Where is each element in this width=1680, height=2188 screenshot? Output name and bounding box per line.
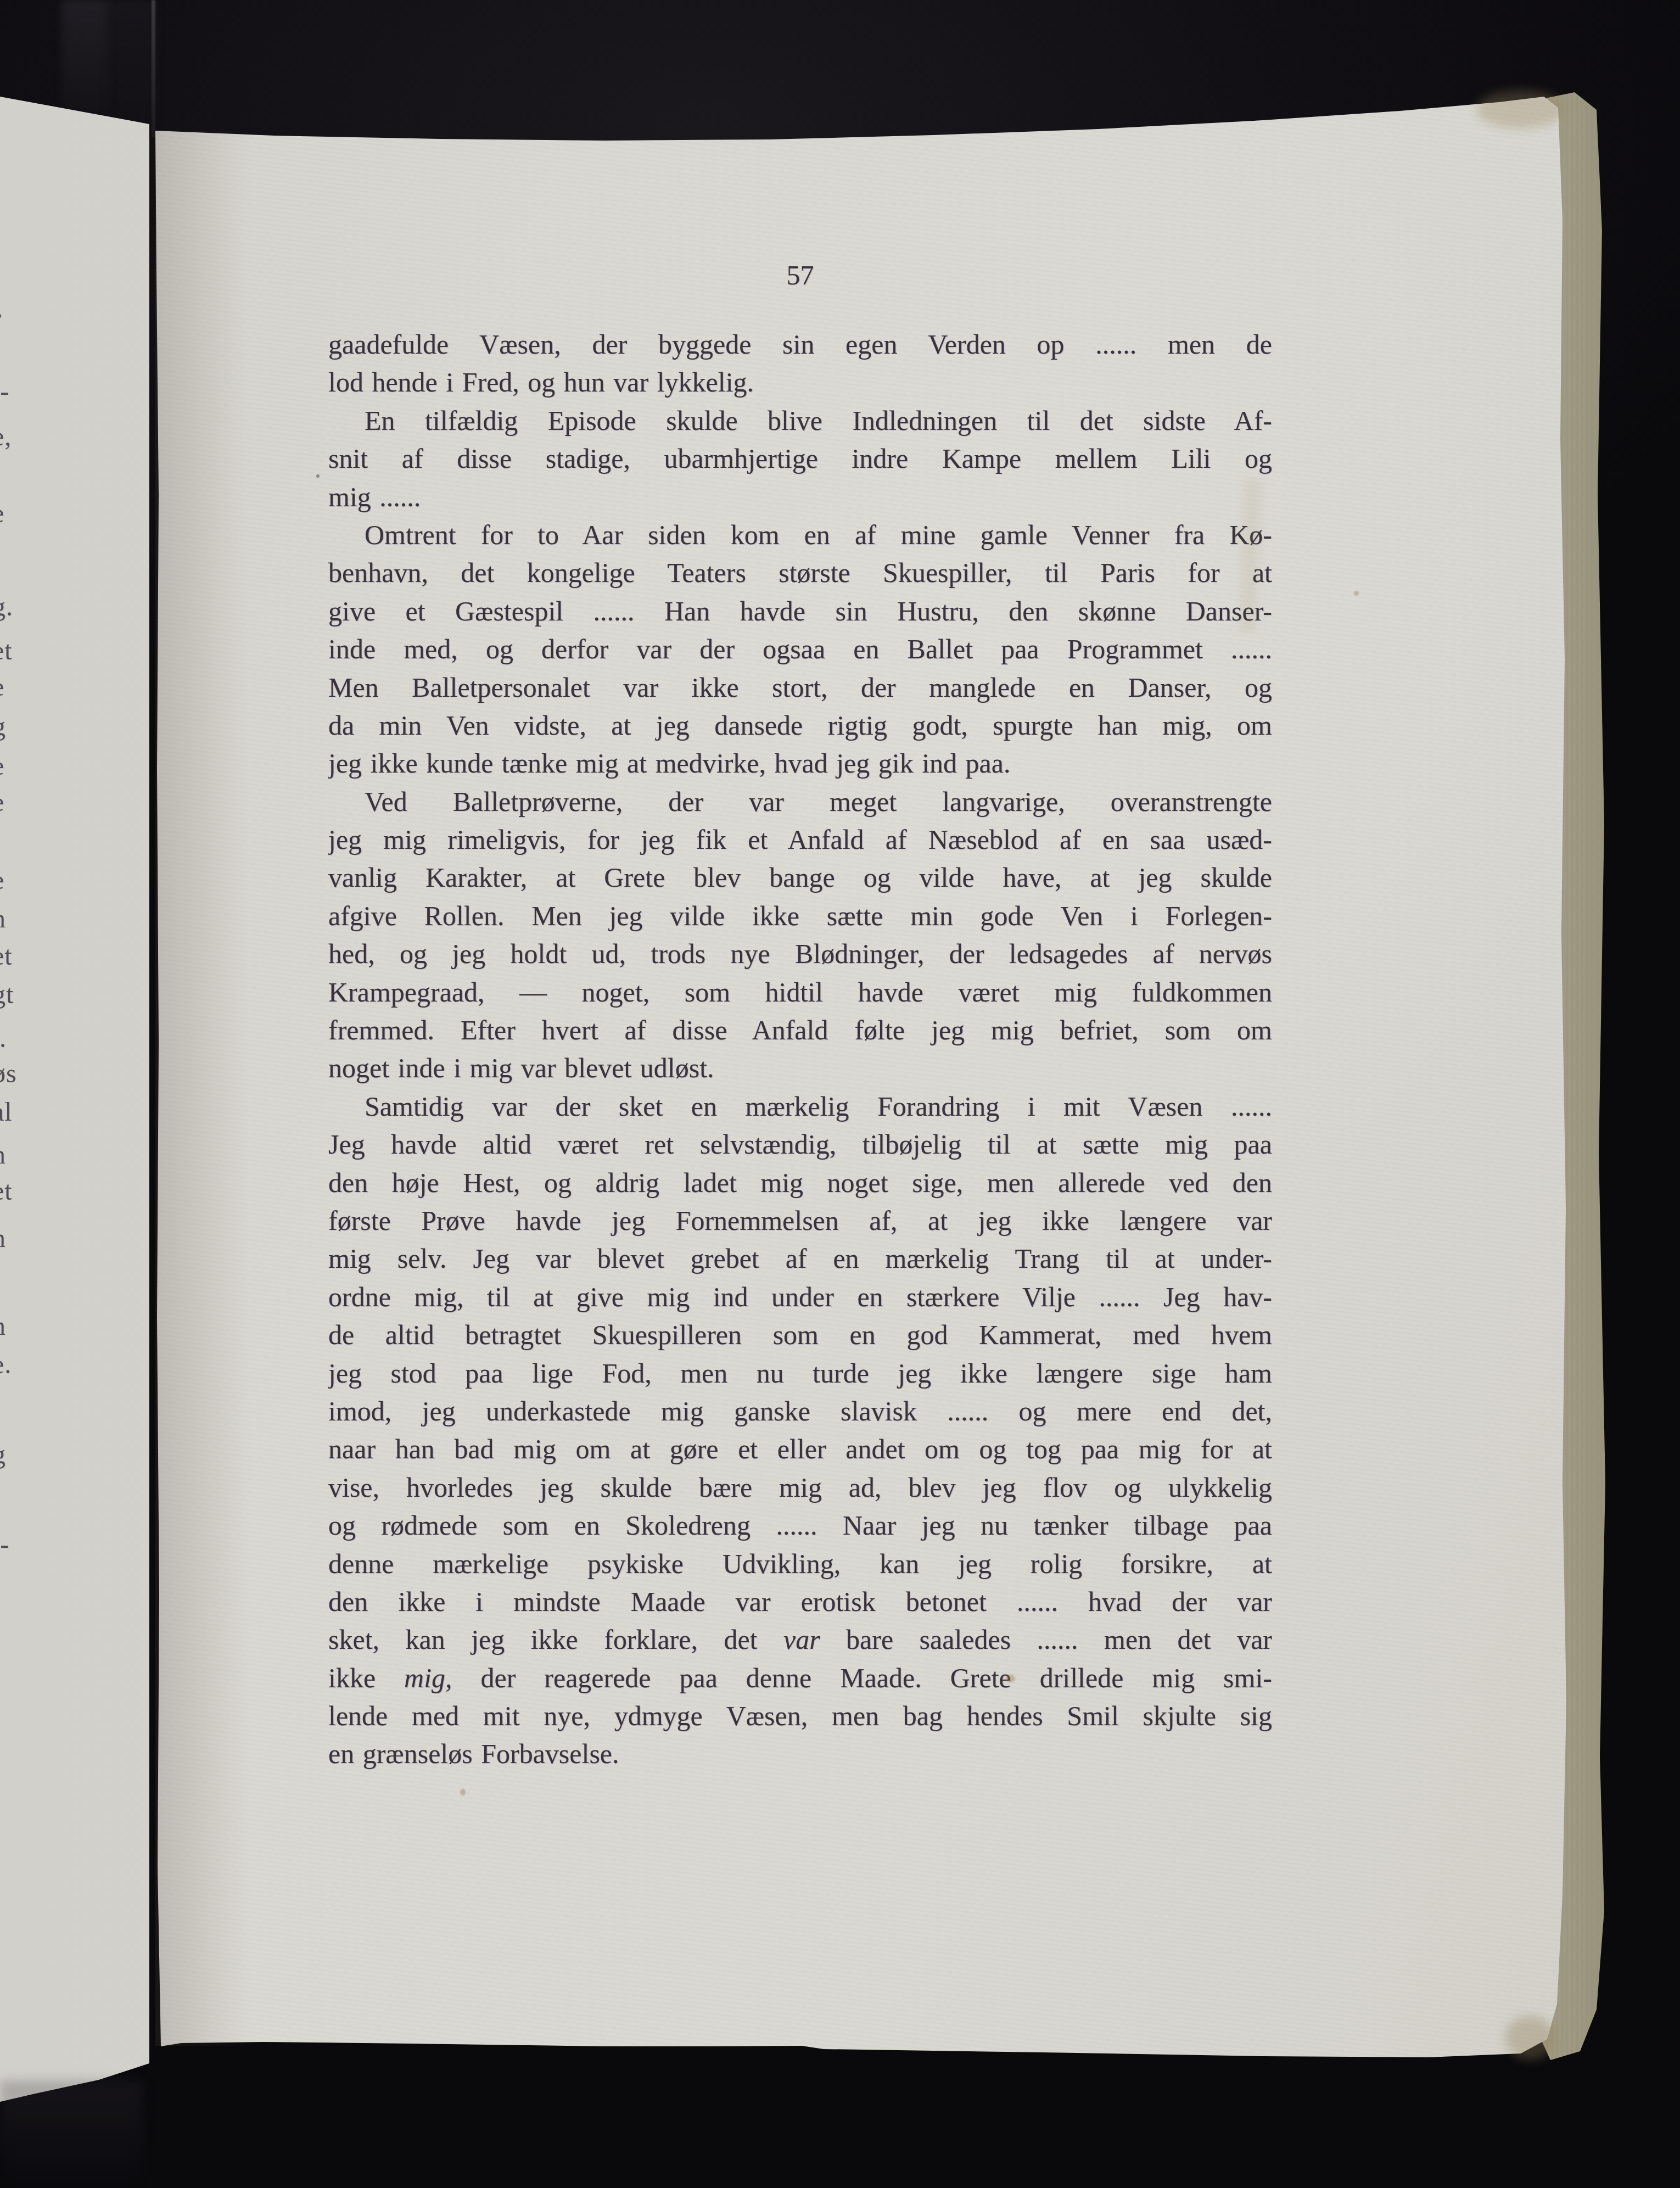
edge-text-fragment: ..: [0, 1026, 31, 1052]
text-segment: første Prøve havde jeg Fornemmelsen af, …: [328, 1205, 1272, 1236]
text-segment: der reagerede paa denne Maade. Grete dri…: [452, 1663, 1272, 1693]
text-segment: de altid betragtet Skuespilleren som en …: [328, 1319, 1272, 1350]
text-segment: den ikke i mindste Maade var erotisk bet…: [328, 1586, 1272, 1617]
text-segment: imod, jeg underkastede mig ganske slavis…: [328, 1396, 1272, 1426]
text-segment: fremmed. Efter hvert af disse Anfald føl…: [328, 1015, 1272, 1045]
text-segment: gaadefulde Væsen, der byggede sin egen V…: [328, 329, 1272, 360]
text-line: benhavn, det kongelige Teaters største S…: [328, 554, 1272, 592]
italic-text: var: [783, 1624, 820, 1655]
edge-text-fragment: et: [0, 1178, 31, 1205]
text-line: lod hende i Fred, og hun var lykkelig.: [328, 363, 1272, 401]
text-segment: Samtidig var der sket en mærkelig Forand…: [365, 1091, 1272, 1122]
edge-text-fragment: j-: [0, 379, 31, 405]
text-segment: noget inde i mig var blevet udløst.: [328, 1053, 714, 1083]
edge-text-fragment: e.: [0, 1352, 31, 1378]
text-segment: benhavn, det kongelige Teaters største S…: [328, 557, 1272, 588]
text-segment: bare saaledes ...... men det var: [820, 1624, 1272, 1655]
edge-text-fragment: al: [0, 1099, 31, 1126]
text-line: hed, og jeg holdt ud, trods nye Blødning…: [328, 935, 1272, 973]
text-line: og rødmede som en Skoledreng ...... Naar…: [328, 1507, 1272, 1545]
paper-stain: [316, 474, 320, 478]
edge-text-fragment: g: [0, 1442, 31, 1468]
text-segment: Krampegraad, — noget, som hidtil havde v…: [328, 977, 1272, 1008]
text-segment: mig ......: [328, 482, 421, 512]
page-number: 57: [328, 256, 1272, 294]
text-line: afgive Rollen. Men jeg vilde ikke sætte …: [328, 897, 1272, 935]
text-segment: sket, kan jeg ikke forklare, det: [328, 1624, 783, 1655]
text-line: da min Ven vidste, at jeg dansede rigtig…: [328, 707, 1272, 745]
deckle-edge-tint: [1477, 90, 1565, 128]
edge-text-fragment: n: [0, 1313, 31, 1340]
edge-text-fragment: e: [0, 674, 31, 701]
text-segment: ikke: [328, 1663, 404, 1693]
edge-text-fragment: gt: [0, 982, 31, 1008]
text-segment: og rødmede som en Skoledreng ...... Naar…: [328, 1510, 1272, 1541]
text-segment: give et Gæstespil ...... Han havde sin H…: [328, 596, 1272, 626]
text-line: Men Balletpersonalet var ikke stort, der…: [328, 669, 1272, 707]
edge-text-fragment: et: [0, 638, 31, 664]
text-line: Ved Balletprøverne, der var meget langva…: [328, 783, 1272, 821]
text-segment: En tilfældig Episode skulde blive Indled…: [365, 405, 1272, 436]
text-line: fremmed. Efter hvert af disse Anfald føl…: [328, 1011, 1272, 1049]
text-block: gaadefulde Væsen, der byggede sin egen V…: [328, 326, 1272, 1773]
italic-text: mig,: [404, 1663, 452, 1693]
text-segment: lod hende i Fred, og hun var lykkelig.: [328, 367, 754, 398]
edge-text-fragment: n: [0, 1142, 31, 1168]
edge-text-fragment: n: [0, 906, 31, 932]
text-segment: vanlig Karakter, at Grete blev bange og …: [328, 862, 1272, 893]
text-line: gaadefulde Væsen, der byggede sin egen V…: [328, 326, 1272, 363]
text-segment: naar han bad mig om at gøre et eller and…: [328, 1434, 1272, 1464]
text-line: de altid betragtet Skuespilleren som en …: [328, 1316, 1272, 1354]
edge-text-fragment: i-: [0, 1532, 31, 1558]
text-segment: vise, hvorledes jeg skulde bære mig ad, …: [328, 1472, 1272, 1503]
text-line: snit af disse stadige, ubarmhjertige ind…: [328, 440, 1272, 478]
text-line: Krampegraad, — noget, som hidtil havde v…: [328, 973, 1272, 1011]
text-line: den ikke i mindste Maade var erotisk bet…: [328, 1583, 1272, 1621]
text-line: vise, hvorledes jeg skulde bære mig ad, …: [328, 1469, 1272, 1507]
text-segment: lende med mit nye, ydmyge Væsen, men bag…: [328, 1700, 1272, 1731]
paper-stain: [1006, 1675, 1015, 1682]
edge-text-fragment: e: [0, 501, 31, 527]
edge-text-fragment: n: [0, 1225, 31, 1252]
text-line: en grænseløs Forbavselse.: [328, 1735, 1272, 1773]
text-line: denne mærkelige psykiske Udvikling, kan …: [328, 1545, 1272, 1583]
text-line: mig ......: [328, 478, 1272, 516]
text-line: give et Gæstespil ...... Han havde sin H…: [328, 592, 1272, 630]
edge-text-fragment: g: [0, 714, 31, 740]
text-line: vanlig Karakter, at Grete blev bange og …: [328, 859, 1272, 897]
text-line: den høje Hest, og aldrig ladet mig noget…: [328, 1164, 1272, 1202]
page-bottom-shadow: [0, 2081, 143, 2188]
edge-text-fragment: øs: [0, 1061, 31, 1087]
edge-text-fragment: e: [0, 753, 31, 780]
text-segment: hed, og jeg holdt ud, trods nye Blødning…: [328, 938, 1272, 969]
text-line: Jeg havde altid været ret selvstændig, t…: [328, 1126, 1272, 1163]
text-segment: jeg stod paa lige Fod, men nu turde jeg …: [328, 1358, 1272, 1389]
text-segment: mig selv. Jeg var blevet grebet af en mæ…: [328, 1243, 1272, 1274]
text-line: inde med, og derfor var der ogsaa en Bal…: [328, 630, 1272, 668]
text-segment: Ved Balletprøverne, der var meget langva…: [365, 786, 1272, 817]
edge-text-fragment: e: [0, 790, 31, 816]
text-segment: snit af disse stadige, ubarmhjertige ind…: [328, 443, 1272, 474]
text-segment: en grænseløs Forbavselse.: [328, 1738, 619, 1769]
text-segment: Jeg havde altid været ret selvstændig, t…: [328, 1129, 1272, 1160]
edge-text-fragment: e,: [0, 424, 31, 450]
text-line: Omtrent for to Aar siden kom en af mine …: [328, 516, 1272, 554]
text-line: mig selv. Jeg var blevet grebet af en mæ…: [328, 1240, 1272, 1278]
paper-stain: [1354, 591, 1359, 596]
edge-text-fragment: r: [0, 305, 31, 332]
text-line: lende med mit nye, ydmyge Væsen, men bag…: [328, 1697, 1272, 1735]
text-segment: Men Balletpersonalet var ikke stort, der…: [328, 672, 1272, 703]
text-line: Samtidig var der sket en mærkelig Forand…: [328, 1088, 1272, 1126]
text-segment: ordne mig, til at give mig ind under en …: [328, 1282, 1272, 1312]
text-line: første Prøve havde jeg Fornemmelsen af, …: [328, 1202, 1272, 1240]
text-segment: den høje Hest, og aldrig ladet mig noget…: [328, 1167, 1272, 1198]
edge-text-fragment: g.: [0, 594, 31, 620]
text-line: En tilfældig Episode skulde blive Indled…: [328, 402, 1272, 440]
edge-text-fragment: e: [0, 868, 31, 894]
text-line: ordne mig, til at give mig ind under en …: [328, 1278, 1272, 1316]
edge-text-fragment: .: [0, 1487, 31, 1513]
text-line: imod, jeg underkastede mig ganske slavis…: [328, 1392, 1272, 1430]
text-segment: Omtrent for to Aar siden kom en af mine …: [365, 519, 1272, 550]
paper-stain: [460, 1789, 466, 1795]
text-line: jeg ikke kunde tænke mig at medvirke, hv…: [328, 745, 1272, 782]
text-segment: inde med, og derfor var der ogsaa en Bal…: [328, 634, 1272, 664]
text-line: jeg stod paa lige Fod, men nu turde jeg …: [328, 1355, 1272, 1392]
edge-text-fragment: et: [0, 943, 31, 970]
text-segment: afgive Rollen. Men jeg vilde ikke sætte …: [328, 900, 1272, 931]
book-scan-photo: rj-e,eg.etegeeenetgt..øsalnetnne.g.i- 57…: [0, 0, 1680, 2188]
text-segment: denne mærkelige psykiske Udvikling, kan …: [328, 1548, 1272, 1579]
deckle-edge-tint: [1505, 2016, 1555, 2060]
text-line: ikke mig, der reagerede paa denne Maade.…: [328, 1659, 1272, 1697]
text-line: sket, kan jeg ikke forklare, det var bar…: [328, 1621, 1272, 1659]
text-line: jeg mig rimeligvis, for jeg fik et Anfal…: [328, 821, 1272, 859]
text-line: noget inde i mig var blevet udløst.: [328, 1049, 1272, 1087]
gutter-highlight-line: [152, 0, 155, 137]
text-segment: jeg mig rimeligvis, for jeg fik et Anfal…: [328, 824, 1272, 855]
text-segment: jeg ikke kunde tænke mig at medvirke, hv…: [328, 748, 1010, 779]
text-segment: da min Ven vidste, at jeg dansede rigtig…: [328, 710, 1272, 741]
text-line: naar han bad mig om at gøre et eller and…: [328, 1430, 1272, 1468]
gutter-shadow: [155, 131, 249, 2046]
